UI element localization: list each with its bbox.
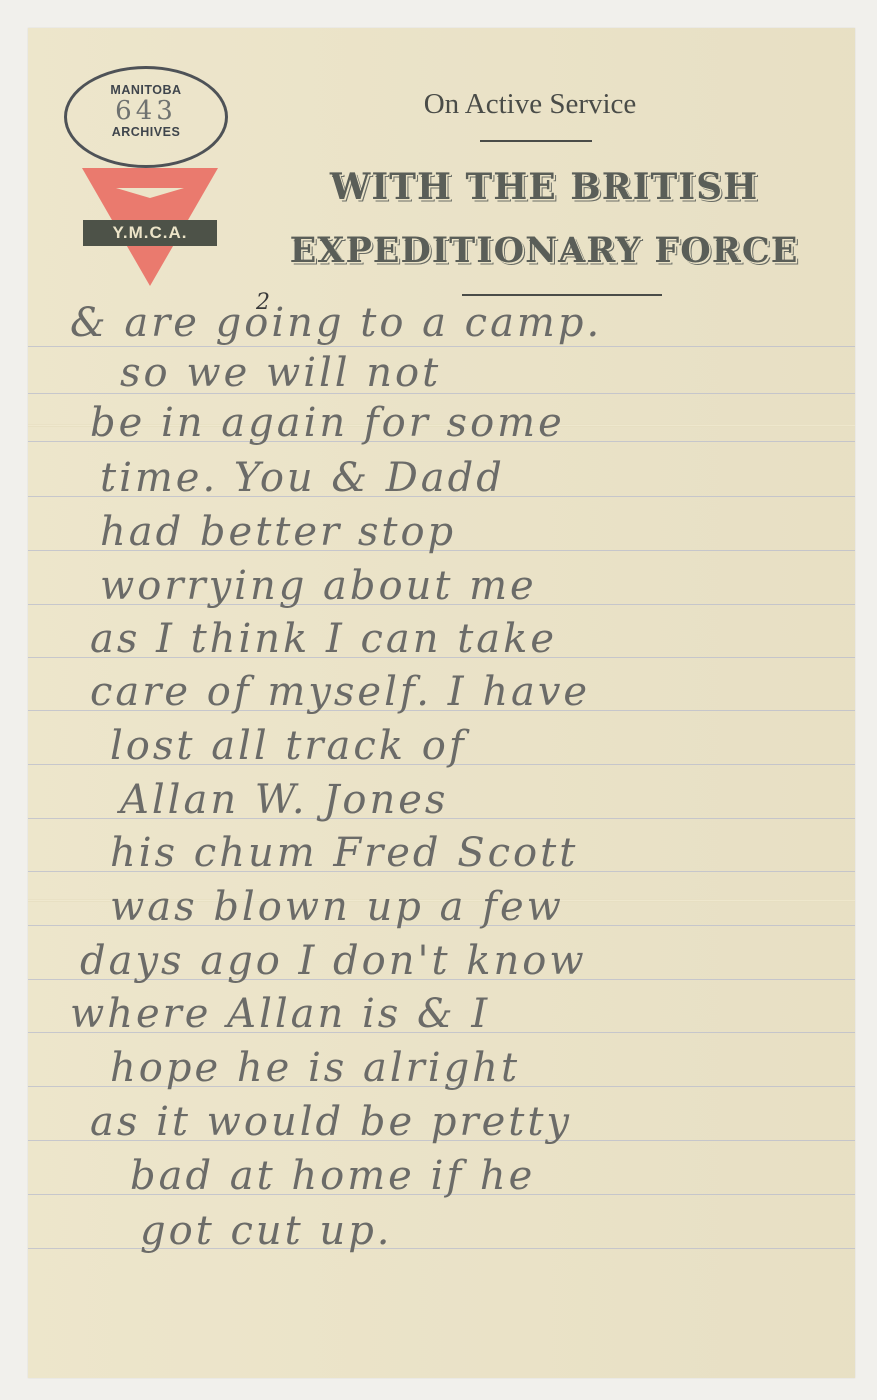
handwriting-line: & are going to a camp.	[70, 300, 602, 346]
handwriting-line: care of myself. I have	[90, 669, 590, 715]
letterhead-line1: On Active Service	[310, 88, 750, 121]
stamp-bottom-text: ARCHIVES	[67, 125, 225, 139]
stamp-top-text: MANITOBA	[67, 83, 225, 97]
handwriting-line: his chum Fred Scott	[110, 830, 578, 876]
letterhead-divider	[462, 294, 662, 296]
stamp-number: 643	[67, 97, 225, 125]
handwriting-line: time. You & Dadd	[100, 455, 505, 501]
handwriting-line: as it would be pretty	[90, 1099, 572, 1145]
handwriting-line: hope he is alright	[110, 1045, 520, 1091]
handwriting-line: worrying about me	[100, 563, 537, 609]
handwriting-line: had better stop	[100, 509, 456, 555]
handwriting-line: Allan W. Jones	[120, 777, 448, 823]
ymca-logo-text: Y.M.C.A.	[83, 220, 217, 246]
ymca-triangle-inner	[116, 188, 184, 198]
letterhead-divider	[480, 140, 592, 142]
handwriting-line: as I think I can take	[90, 616, 557, 662]
letterhead-line3: EXPEDITIONARY FORCE	[264, 230, 824, 271]
ruled-line	[28, 346, 855, 347]
archives-stamp: MANITOBA 643 ARCHIVES	[64, 66, 228, 168]
handwriting-line: days ago I don't know	[80, 938, 587, 984]
handwriting-line: was blown up a few	[110, 884, 564, 930]
handwriting-line: lost all track of	[110, 723, 467, 769]
letterhead-line2: WITH THE BRITISH	[264, 166, 824, 208]
handwriting-line: so we will not	[120, 350, 441, 396]
handwriting-line: be in again for some	[90, 400, 565, 446]
letter-page: Y.M.C.A. MANITOBA 643 ARCHIVES On Active…	[28, 28, 855, 1378]
handwriting-line: bad at home if he	[130, 1153, 535, 1199]
handwriting-line: got cut up.	[140, 1208, 393, 1254]
handwriting-line: where Allan is & I	[70, 991, 490, 1037]
